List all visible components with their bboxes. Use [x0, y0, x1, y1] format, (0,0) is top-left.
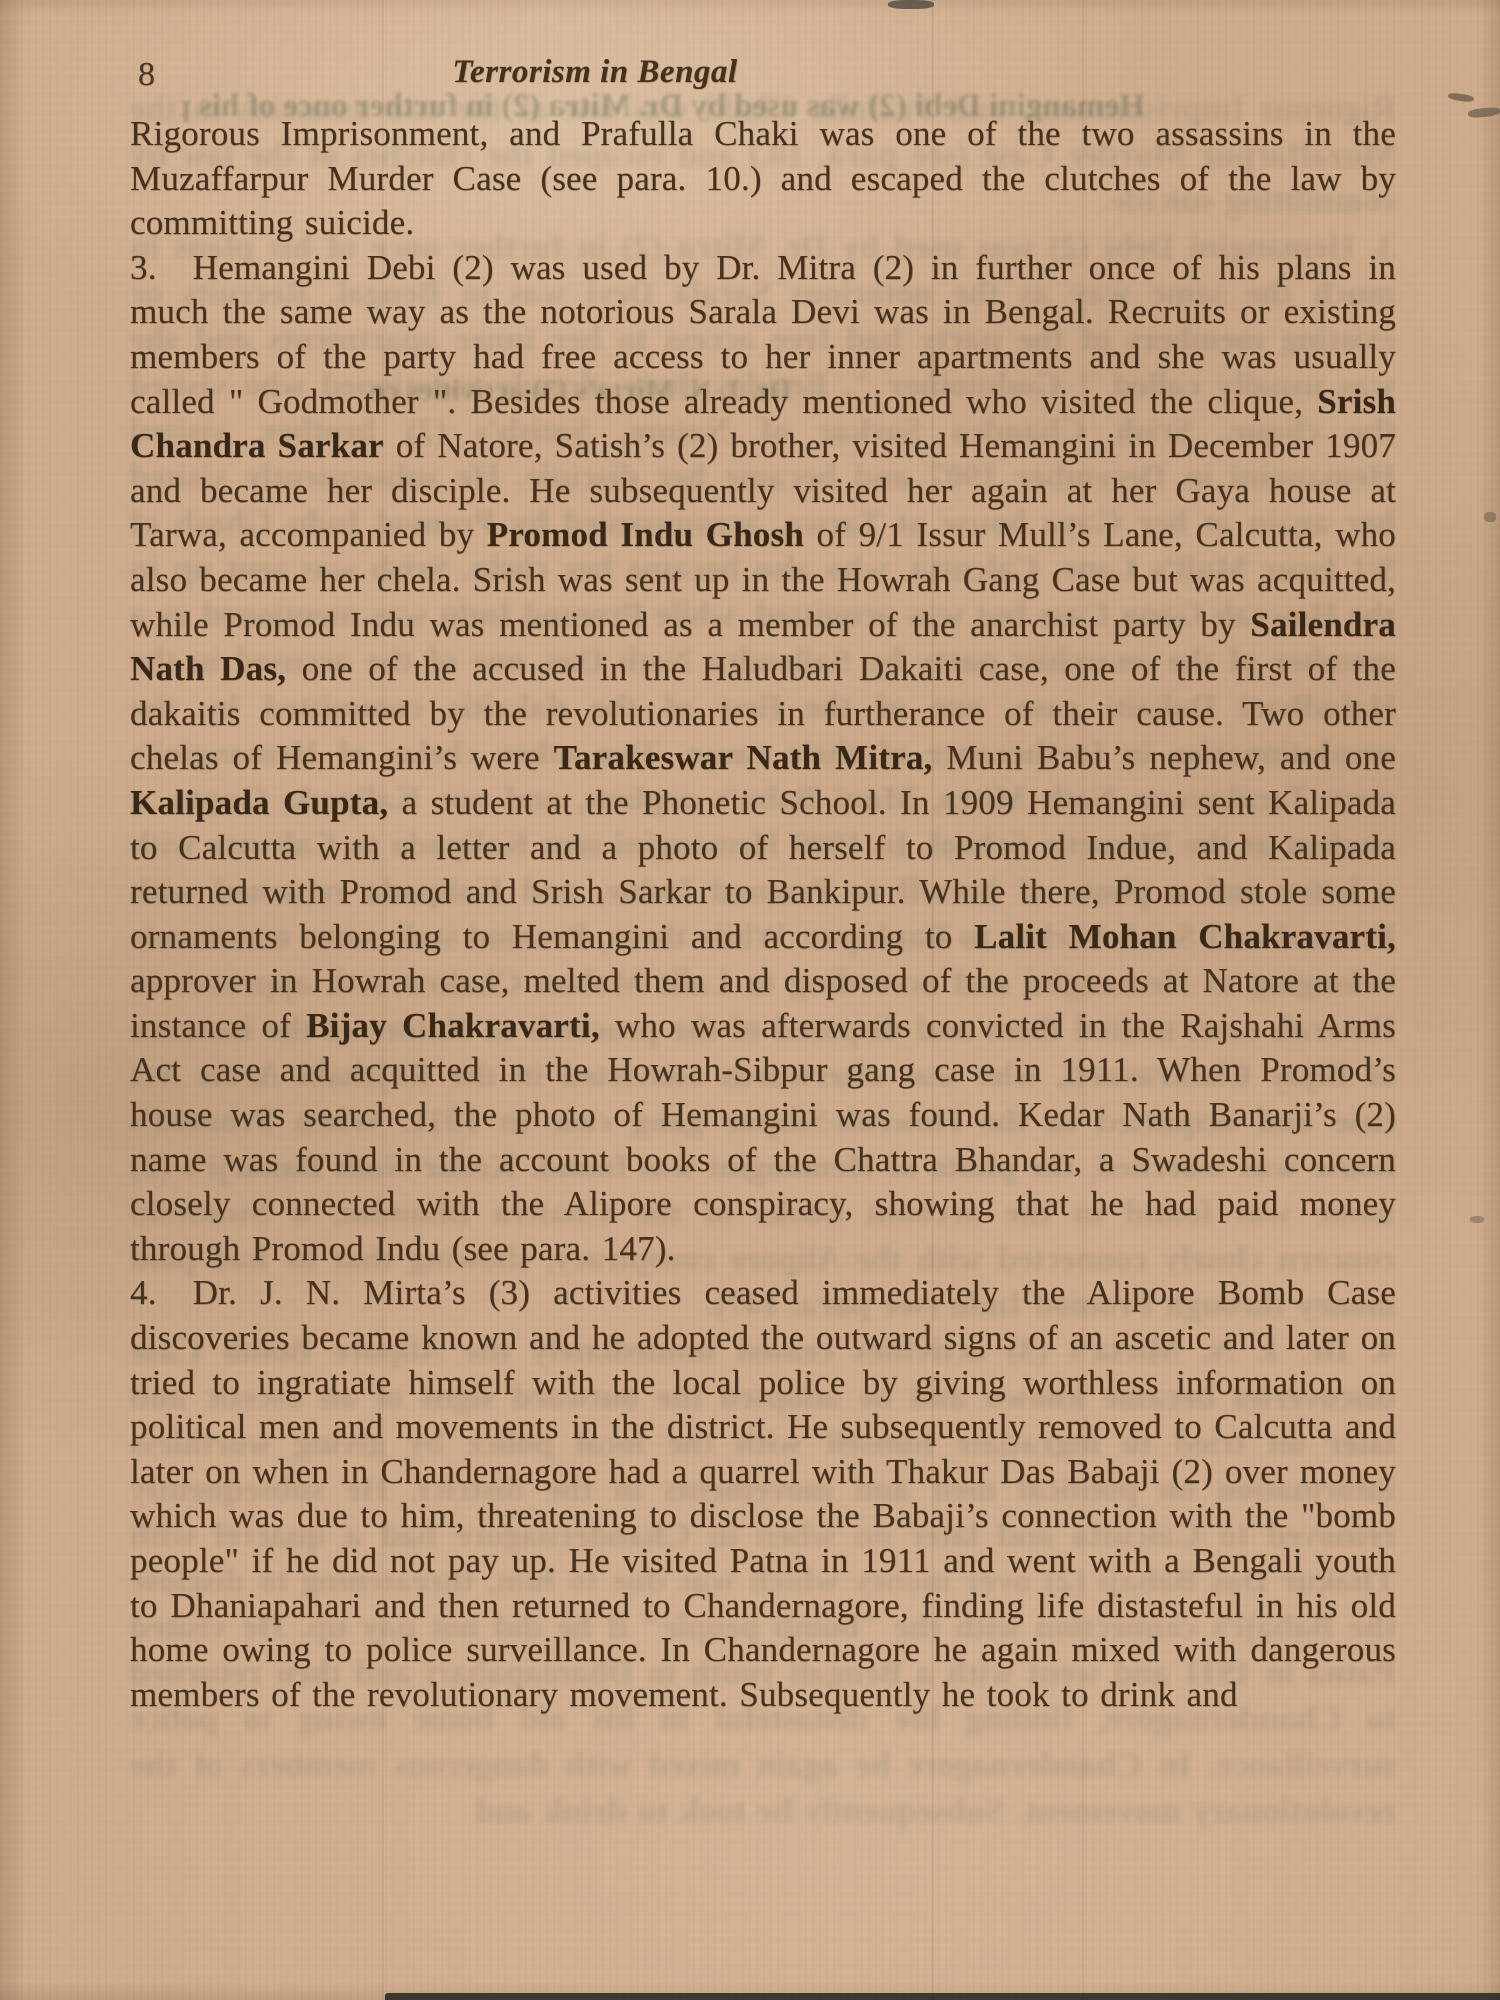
scan-edge-shadow	[385, 1993, 1500, 2000]
paragraph-number: 3.	[130, 248, 193, 287]
person-name-bold: Tarakeswar Nath Mitra,	[554, 738, 933, 777]
paragraph-number: 4.	[130, 1273, 193, 1312]
scan-speck	[1468, 106, 1500, 118]
text-run: who was afterwards convicted in the Rajs…	[130, 1006, 1396, 1268]
page-content: 8 Terrorism in Bengal Rigorous Imprisonm…	[130, 48, 1396, 1717]
text-run: Hemangini Debi (2) was used by Dr. Mitra…	[130, 248, 1396, 421]
running-title: Terrorism in Bengal	[0, 54, 1228, 91]
text-run: Muni Babu’s nephew, and one	[932, 738, 1396, 777]
scan-speck	[1470, 1216, 1484, 1223]
paragraph-3: 4.Dr. J. N. Mirta’s (3) activities cease…	[130, 1271, 1396, 1717]
paragraph-1: Rigorous Imprisonment, and Prafulla Chak…	[130, 112, 1396, 246]
page-header: 8 Terrorism in Bengal	[130, 48, 1396, 110]
person-name-bold: Bijay Chakravarti,	[306, 1006, 600, 1045]
scan-speck	[888, 0, 934, 9]
body-text: Rigorous Imprisonment, and Prafulla Chak…	[130, 112, 1396, 1717]
scan-speck	[1448, 92, 1475, 103]
person-name-bold: Kalipada Gupta,	[130, 783, 388, 822]
text-run: Rigorous Imprisonment, and Prafulla Chak…	[130, 114, 1396, 242]
scanned-book-page: Rigorous Imprisonment, and Prafulla Chak…	[0, 0, 1500, 2000]
text-run: Dr. J. N. Mirta’s (3) activities ceased …	[130, 1273, 1396, 1713]
person-name-bold: Promod Indu Ghosh	[487, 515, 804, 554]
scan-speck	[1484, 512, 1496, 522]
person-name-bold: Lalit Mohan Chakravarti,	[974, 917, 1396, 956]
paragraph-2: 3.Hemangini Debi (2) was used by Dr. Mit…	[130, 246, 1396, 1272]
